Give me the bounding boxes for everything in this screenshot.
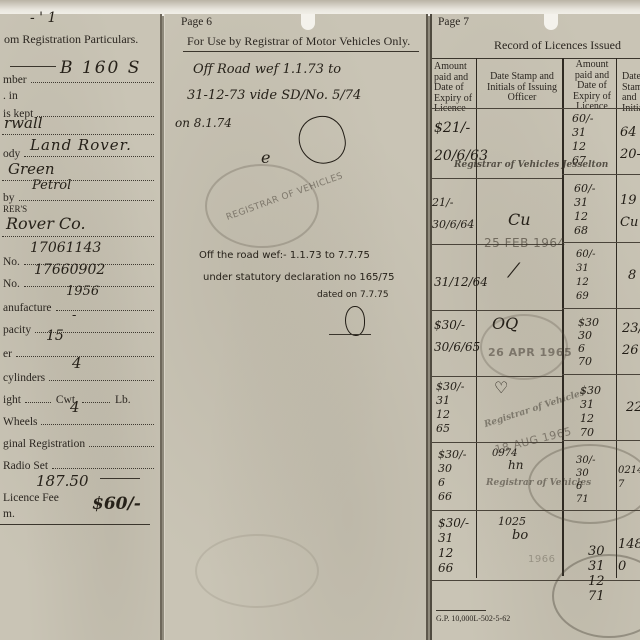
statutory-note-line-2: under statutory declaration no 165/75 — [203, 272, 395, 283]
faded-stamp-bottom — [195, 534, 319, 608]
registration-particulars-heading: om Registration Particulars. — [4, 32, 138, 47]
col-header-stamp-1: Date Stamp and Initials of Issuing Offic… — [482, 72, 562, 104]
row6-stamp-2: 0214 7 — [618, 464, 640, 492]
licence-fee-handwritten: 187.50 — [36, 472, 89, 490]
right-page-record-of-licences: Page 7 Record of Licences Issued Amount … — [430, 14, 640, 640]
col-header-amount-1: Amount paid and Date of Expiry of Licenc… — [434, 62, 474, 115]
middle-page-registrar-use: Page 6 For Use by Registrar of Motor Veh… — [164, 14, 428, 640]
body-value: Land Rover. — [30, 136, 132, 154]
row7-amount: $30/- 31 12 66 — [438, 516, 469, 576]
punch-hole — [301, 14, 315, 30]
field-seating-capacity: pacity — [0, 318, 156, 336]
kept-location-value: rwall — [4, 114, 43, 132]
page-7-label: Page 7 — [438, 16, 469, 28]
title-rule — [432, 58, 640, 59]
row1-amount-2: 60/- 31 12 67 — [572, 112, 593, 168]
row2-date-stamp: 25 FEB 1964 — [484, 236, 566, 250]
fuel-value: Petrol — [32, 178, 71, 193]
row1-stamp-2: 64 20- — [620, 122, 640, 166]
heading-rule — [10, 66, 56, 67]
row7-initials: bo — [512, 528, 528, 543]
record-of-licences-title: Record of Licences Issued — [494, 38, 621, 53]
row6-amount: $30/- 30 6 66 — [438, 448, 466, 504]
signature-2 — [345, 306, 365, 336]
licence-fee-amount: $60/- — [92, 494, 141, 514]
horsepower-value: 15 — [46, 328, 64, 344]
row4-amount-2: $30 30 6 70 — [578, 316, 599, 368]
page-6-label: Page 6 — [181, 16, 212, 28]
top-fragment: - ' 1 — [30, 10, 56, 26]
registration-number-value: B 160 S — [60, 58, 141, 78]
off-road-note-line-2: 31-12-73 vide SD/No. 5/74 — [187, 88, 361, 103]
statutory-note-line-3: dated on 7.7.75 — [317, 290, 389, 300]
row3-amount-2: 60/- 31 12 69 — [576, 248, 595, 304]
title-rule — [183, 51, 419, 52]
left-page-bottom-rule — [0, 524, 150, 525]
off-road-note-line-3: on 8.1.74 — [175, 116, 232, 130]
chassis-number-value: 17061143 — [30, 240, 101, 256]
row5-amount: $30/- 31 12 65 — [436, 380, 464, 436]
row5-initials: ♡ — [494, 378, 508, 397]
year-of-manufacture-value: 1956 — [66, 284, 99, 299]
row3-initials: ⁄ — [512, 258, 515, 282]
row4-stamp-2: 23/ 26 — [622, 318, 640, 362]
row6-amount-2: 30/- 30 6 71 — [576, 454, 595, 506]
field-kept-in: . in — [0, 88, 156, 102]
engine-number-value: 17660902 — [34, 262, 105, 278]
printer-code: G.P. 10,000L-502-5-62 — [436, 614, 510, 623]
row3-stamp-2: 8 — [628, 270, 636, 282]
row5-amount-2: $30 31 12 70 — [580, 384, 601, 440]
col-header-amount-2: Amount paid and Date of Expiry of Licenc… — [568, 60, 616, 113]
left-page-registration-particulars: - ' 1 om Registration Particulars. mber … — [0, 14, 162, 640]
row2-amount: 21/- 30/6/64 — [432, 192, 474, 236]
row2-stamp-2: 19 Cu — [620, 190, 638, 234]
statutory-note-line-1: Off the road wef:- 1.1.73 to 7.7.75 — [199, 250, 370, 261]
row4-date-stamp: 26 APR 1965 — [488, 346, 572, 359]
punch-hole — [544, 14, 558, 30]
row2-amount-2: 60/- 31 12 68 — [574, 182, 595, 238]
field-original-registration: ginal Registration — [0, 432, 156, 450]
colour-value: Green — [8, 160, 55, 178]
row5-stamp-2: 22 — [626, 402, 640, 414]
off-road-note-line-1: Off Road wef 1.1.73 to — [193, 62, 341, 77]
capacity-value: - — [72, 308, 76, 323]
registrar-use-title: For Use by Registrar of Motor Vehicles O… — [187, 34, 410, 49]
row7-stamp-number: 1025 — [498, 516, 526, 528]
row6-initials: hn — [508, 458, 523, 472]
row4-amount: $30/- 30/6/65 — [434, 314, 480, 358]
cylinders-value: 4 — [72, 354, 82, 372]
wheels-value: 4 — [70, 398, 80, 416]
row3-amount: 31/12/64 — [434, 276, 488, 288]
field-manufacturer-label: RER'S — [0, 202, 156, 214]
signature-1 — [294, 111, 351, 169]
manufacturer-value: Rover Co. — [6, 214, 86, 233]
field-radio-set: Radio Set — [0, 454, 156, 472]
row2-initials: Cu — [508, 210, 531, 229]
